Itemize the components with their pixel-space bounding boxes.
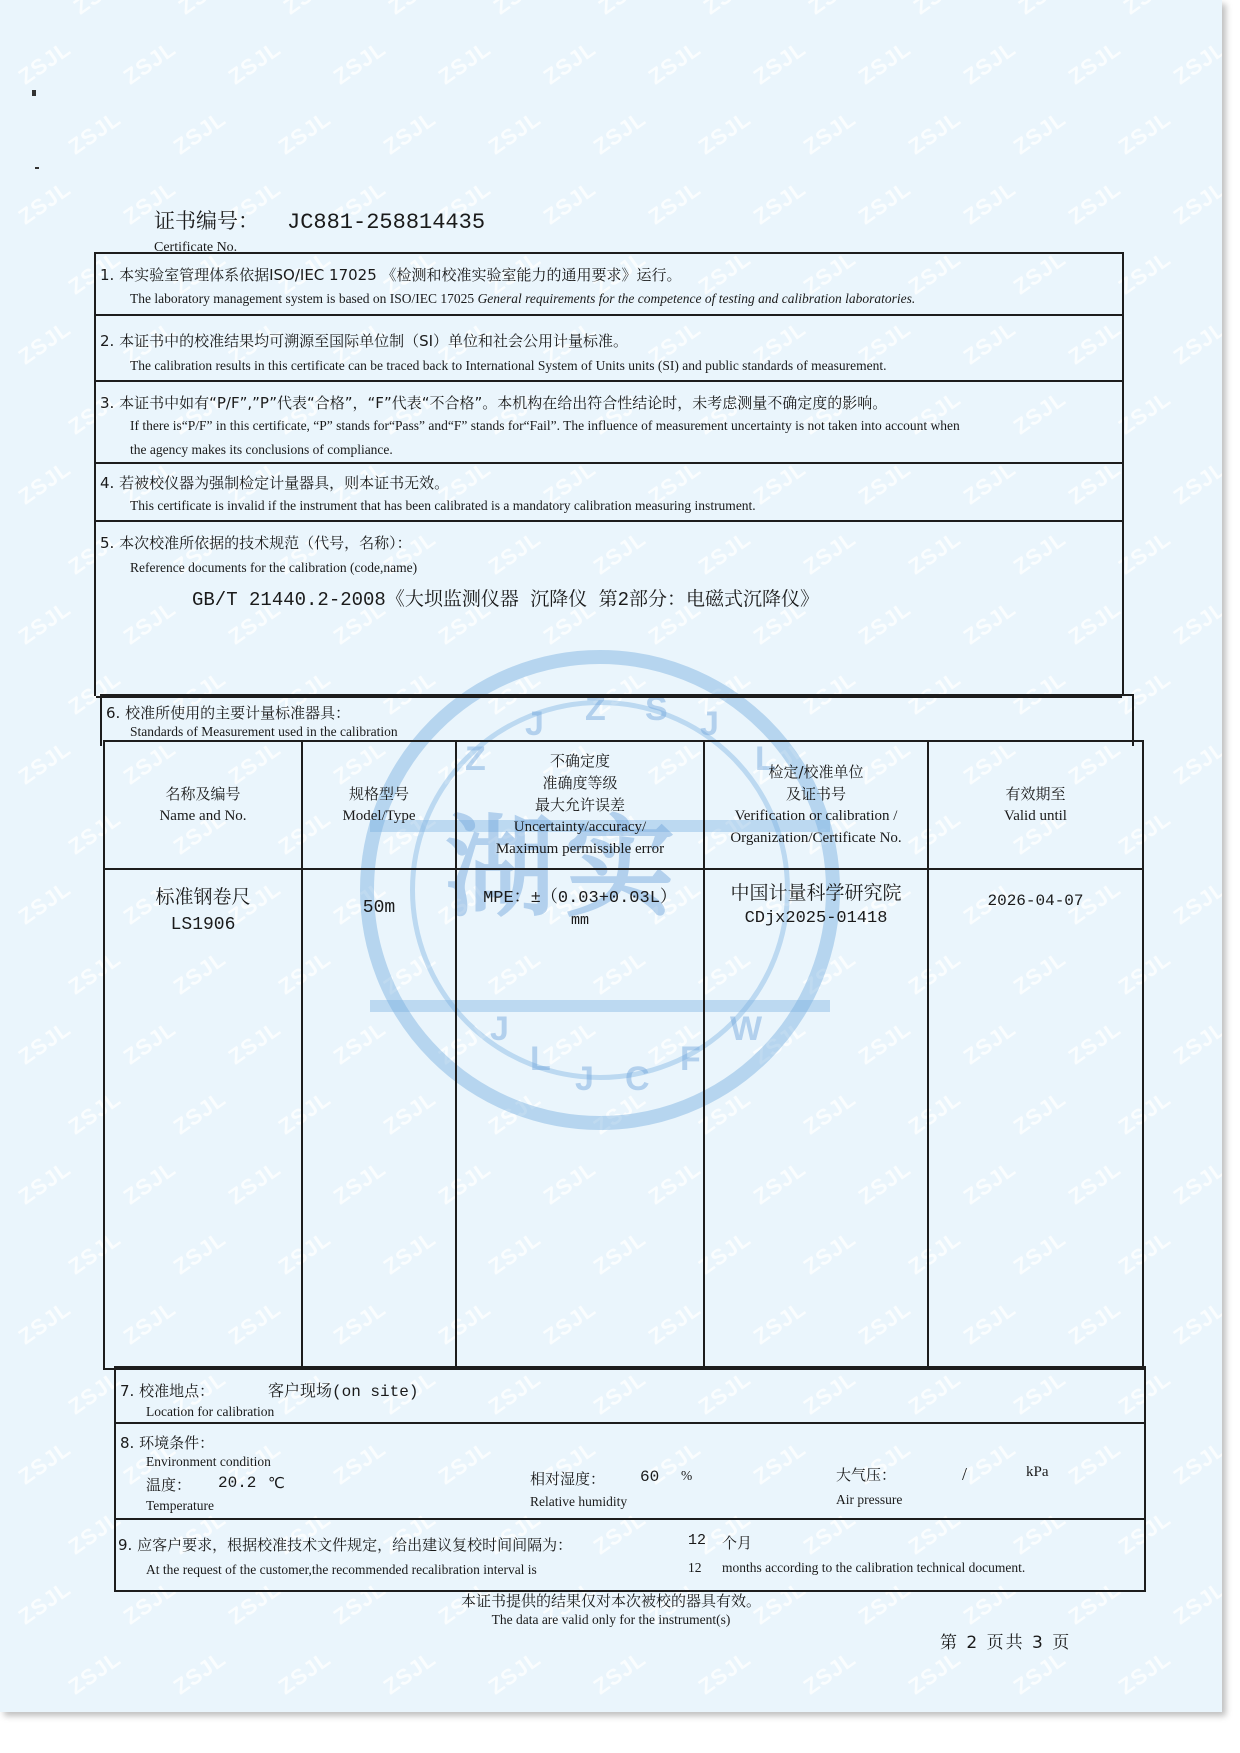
temperature-label-cn: 温度： <box>146 1474 191 1495</box>
note-5-en: Reference documents for the calibration … <box>130 560 417 576</box>
certificate-page: ZSJLZSJLZSJLZSJLZSJLZSJLZSJLZSJLZSJLZSJL… <box>0 0 1222 1712</box>
watermark-text: ZSJL <box>1013 0 1075 20</box>
watermark-text: ZSJL <box>173 0 235 20</box>
watermark-text: ZSJL <box>693 106 755 160</box>
watermark-text: ZSJL <box>593 0 655 20</box>
watermark-text: ZSJL <box>1218 386 1222 440</box>
watermark-text: ZSJL <box>0 0 26 20</box>
watermark-text: ZSJL <box>1218 1366 1222 1420</box>
watermark-text: ZSJL <box>1168 1156 1222 1210</box>
watermark-text: ZSJL <box>488 0 550 20</box>
table-header-row: 名称及编号 Name and No. 规格型号 Model/Type 不确定度 … <box>104 741 1143 869</box>
watermark-text: ZSJL <box>118 36 180 90</box>
watermark-text: ZSJL <box>853 176 915 230</box>
watermark-text: ZSJL <box>958 176 1020 230</box>
header-uncertainty: 不确定度 准确度等级 最大允许误差 Uncertainty/accuracy/ … <box>456 741 704 869</box>
watermark-text: ZSJL <box>693 1646 755 1700</box>
note-3-en-line1: If there is“P/F” in this certificate, “P… <box>130 418 960 434</box>
watermark-text: ZSJL <box>378 1646 440 1700</box>
standards-title-cn: 校准所使用的主要计量标准器具： <box>125 704 350 722</box>
watermark-text: ZSJL <box>13 596 75 650</box>
watermark-text: ZSJL <box>1008 1646 1070 1700</box>
standards-title-en: Standards of Measurement used in the cal… <box>130 724 398 740</box>
watermark-text: ZSJL <box>798 106 860 160</box>
watermark-text: ZSJL <box>13 876 75 930</box>
watermark-text: ZSJL <box>1168 1436 1222 1490</box>
watermark-text: ZSJL <box>908 0 970 20</box>
recalibration-cn: 应客户要求，根据校准技术文件规定，给出建议复校时间间隔为： <box>137 1536 572 1554</box>
watermark-text: ZSJL <box>168 1646 230 1700</box>
recalibration-unit-cn: 个月 <box>722 1532 752 1553</box>
watermark-text: ZSJL <box>1168 596 1222 650</box>
cell-valid-until: 2026-04-07 <box>928 869 1143 1369</box>
header-model-type: 规格型号 Model/Type <box>302 741 456 869</box>
humidity-label-en: Relative humidity <box>530 1494 627 1510</box>
note-5-cn: 本次校准所依据的技术规范（代号，名称）： <box>119 534 412 552</box>
watermark-text: ZSJL <box>63 106 125 160</box>
pressure-label-cn: 大气压： <box>836 1464 896 1485</box>
watermark-text: ZSJL <box>958 36 1020 90</box>
watermark-text: ZSJL <box>378 106 440 160</box>
note-2-cn: 本证书中的校准结果均可溯源至国际单位制（SI）单位和社会公用计量标准。 <box>119 332 628 350</box>
certificate-number: 证书编号：JC881-258814435 <box>154 205 485 235</box>
watermark-text: ZSJL <box>483 106 545 160</box>
header-valid-until: 有效期至 Valid until <box>928 741 1143 869</box>
watermark-text: ZSJL <box>13 736 75 790</box>
watermark-text: ZSJL <box>748 176 810 230</box>
watermark-text: ZSJL <box>1168 1296 1222 1350</box>
watermark-text: ZSJL <box>63 1646 125 1700</box>
note-2-en: The calibration results in this certific… <box>130 358 887 374</box>
watermark-text: ZSJL <box>698 0 760 20</box>
watermark-text: ZSJL <box>588 1646 650 1700</box>
watermark-text: ZSJL <box>68 0 130 20</box>
header-verification-org: 检定/校准单位 及证书号 Verification or calibration… <box>704 741 928 869</box>
recalibration-en: At the request of the customer,the recom… <box>146 1562 537 1578</box>
recalibration-row: 9. 应客户要求，根据校准技术文件规定，给出建议复校时间间隔为： 12 个月 A… <box>116 1520 1144 1592</box>
cell-verification-org: 中国计量科学研究院 CDjx2025-01418 <box>704 869 928 1369</box>
pressure-label-en: Air pressure <box>836 1492 902 1508</box>
location-row: 7. 校准地点： 客户现场(on site) Location for cali… <box>116 1368 1144 1424</box>
scan-speck <box>35 167 39 169</box>
environment-label-en: Environment condition <box>146 1454 271 1470</box>
recalibration-value-cn: 12 <box>688 1532 706 1549</box>
watermark-text: ZSJL <box>1168 456 1222 510</box>
watermark-text: ZSJL <box>1113 106 1175 160</box>
certificate-number-label: 证书编号： <box>154 209 259 233</box>
watermark-text: ZSJL <box>13 316 75 370</box>
table-row: 标准钢卷尺 LS1906 50m MPE：±（0.03+0.03L） mm 中国… <box>104 869 1143 1369</box>
watermark-text: ZSJL <box>13 1016 75 1070</box>
watermark-text: ZSJL <box>1168 876 1222 930</box>
watermark-text: ZSJL <box>1218 1226 1222 1280</box>
environment-label-cn: 环境条件： <box>139 1434 214 1452</box>
temperature-value: 20.2 <box>218 1474 256 1492</box>
note-4: 4. 若被校仪器为强制检定计量器具，则本证书无效。 This certifica… <box>96 464 1122 522</box>
watermark-text: ZSJL <box>1168 36 1222 90</box>
recalibration-unit-en: months according to the calibration tech… <box>722 1560 1025 1576</box>
watermark-text: ZSJL <box>1008 106 1070 160</box>
watermark-text: ZSJL <box>13 456 75 510</box>
watermark-text: ZSJL <box>1218 106 1222 160</box>
watermark-text: ZSJL <box>1218 1086 1222 1140</box>
watermark-text: ZSJL <box>383 0 445 20</box>
watermark-text: ZSJL <box>588 106 650 160</box>
watermark-text: ZSJL <box>538 176 600 230</box>
cell-name-and-no: 标准钢卷尺 LS1906 <box>104 869 302 1369</box>
watermark-text: ZSJL <box>1168 1016 1222 1070</box>
standards-section-header: 6. 校准所使用的主要计量标准器具： Standards of Measurem… <box>100 694 1134 746</box>
validity-note-en: The data are valid only for the instrume… <box>0 1612 1222 1628</box>
page-number: 第 2 页共 3 页 <box>940 1628 1071 1653</box>
watermark-text: ZSJL <box>483 1646 545 1700</box>
watermark-text: ZSJL <box>1218 246 1222 300</box>
note-3-cn: 本证书中如有“P/F”,”P”代表“合格”，“F”代表“不合格”。本机构在给出符… <box>119 394 887 412</box>
watermark-text: ZSJL <box>903 1646 965 1700</box>
note-4-en: This certificate is invalid if the instr… <box>130 498 756 514</box>
watermark-text: ZSJL <box>1168 316 1222 370</box>
note-1-cn: 本实验室管理体系依据ISO/IEC 17025 《检测和校准实验室能力的通用要求… <box>119 266 681 284</box>
location-label-en: Location for calibration <box>146 1404 274 1420</box>
note-3-en-line2: the agency makes its conclusions of comp… <box>130 442 393 458</box>
watermark-text: ZSJL <box>853 36 915 90</box>
pressure-value: / <box>962 1464 967 1485</box>
watermark-text: ZSJL <box>1218 946 1222 1000</box>
validity-note-cn: 本证书提供的结果仅对本次被校的器具有效。 <box>0 1590 1222 1611</box>
standards-table: 名称及编号 Name and No. 规格型号 Model/Type 不确定度 … <box>103 740 1144 1370</box>
watermark-text: ZSJL <box>903 106 965 160</box>
watermark-text: ZSJL <box>1218 1646 1222 1700</box>
watermark-text: ZSJL <box>643 176 705 230</box>
environment-row: 8. 环境条件： Environment condition 温度： 20.2 … <box>116 1424 1144 1520</box>
watermark-text: ZSJL <box>13 1436 75 1490</box>
watermark-text: ZSJL <box>538 36 600 90</box>
watermark-text: ZSJL <box>1168 736 1222 790</box>
humidity-unit: % <box>681 1468 692 1484</box>
note-4-cn: 若被校仪器为强制检定计量器具，则本证书无效。 <box>119 474 449 492</box>
watermark-text: ZSJL <box>278 0 340 20</box>
watermark-text: ZSJL <box>1218 526 1222 580</box>
header-name-and-no: 名称及编号 Name and No. <box>104 741 302 869</box>
note-1: 1. 本实验室管理体系依据ISO/IEC 17025 《检测和校准实验室能力的通… <box>96 254 1122 316</box>
watermark-text: ZSJL <box>803 0 865 20</box>
humidity-value: 60 <box>640 1468 659 1486</box>
note-5: 5. 本次校准所依据的技术规范（代号，名称）： Reference docume… <box>96 522 1122 698</box>
location-label-cn: 校准地点： <box>139 1382 214 1400</box>
note-3: 3. 本证书中如有“P/F”,”P”代表“合格”，“F”代表“不合格”。本机构在… <box>96 382 1122 464</box>
certificate-number-value: JC881-258814435 <box>287 210 485 235</box>
watermark-text: ZSJL <box>13 1156 75 1210</box>
scan-speck <box>32 90 36 96</box>
watermark-text: ZSJL <box>643 36 705 90</box>
watermark-text: ZSJL <box>273 1646 335 1700</box>
watermark-text: ZSJL <box>1218 1506 1222 1560</box>
watermark-text: ZSJL <box>273 106 335 160</box>
watermark-text: ZSJL <box>13 36 75 90</box>
reference-document-value: GB/T 21440.2-2008《大坝监测仪器 沉降仪 第2部分：电磁式沉降仪… <box>192 584 819 611</box>
watermark-text: ZSJL <box>168 106 230 160</box>
pressure-unit: kPa <box>1026 1464 1049 1481</box>
watermark-text: ZSJL <box>798 1646 860 1700</box>
conditions-box: 7. 校准地点： 客户现场(on site) Location for cali… <box>114 1366 1146 1592</box>
cell-mpe: MPE：±（0.03+0.03L） mm <box>456 869 704 1369</box>
location-value: 客户现场(on site) <box>268 1378 418 1401</box>
watermark-text: ZSJL <box>1118 0 1180 20</box>
watermark-text: ZSJL <box>433 36 495 90</box>
watermark-text: ZSJL <box>223 36 285 90</box>
watermark-text: ZSJL <box>1218 806 1222 860</box>
watermark-text: ZSJL <box>13 176 75 230</box>
note-2: 2. 本证书中的校准结果均可溯源至国际单位制（SI）单位和社会公用计量标准。 T… <box>96 316 1122 382</box>
watermark-text: ZSJL <box>1168 176 1222 230</box>
humidity-label-cn: 相对湿度： <box>530 1468 605 1489</box>
watermark-text: ZSJL <box>328 36 390 90</box>
watermark-text: ZSJL <box>748 36 810 90</box>
watermark-text: ZSJL <box>1113 1646 1175 1700</box>
temperature-label-en: Temperature <box>146 1498 214 1514</box>
watermark-text: ZSJL <box>13 1296 75 1350</box>
notes-box: 1. 本实验室管理体系依据ISO/IEC 17025 《检测和校准实验室能力的通… <box>94 252 1124 696</box>
note-1-en: The laboratory management system is base… <box>130 291 915 307</box>
cell-model: 50m <box>302 869 456 1369</box>
watermark-text: ZSJL <box>1063 36 1125 90</box>
temperature-unit: ℃ <box>268 1474 285 1492</box>
watermark-text: ZSJL <box>1063 176 1125 230</box>
watermark-text: ZSJL <box>1218 666 1222 720</box>
recalibration-value-en: 12 <box>688 1560 702 1576</box>
